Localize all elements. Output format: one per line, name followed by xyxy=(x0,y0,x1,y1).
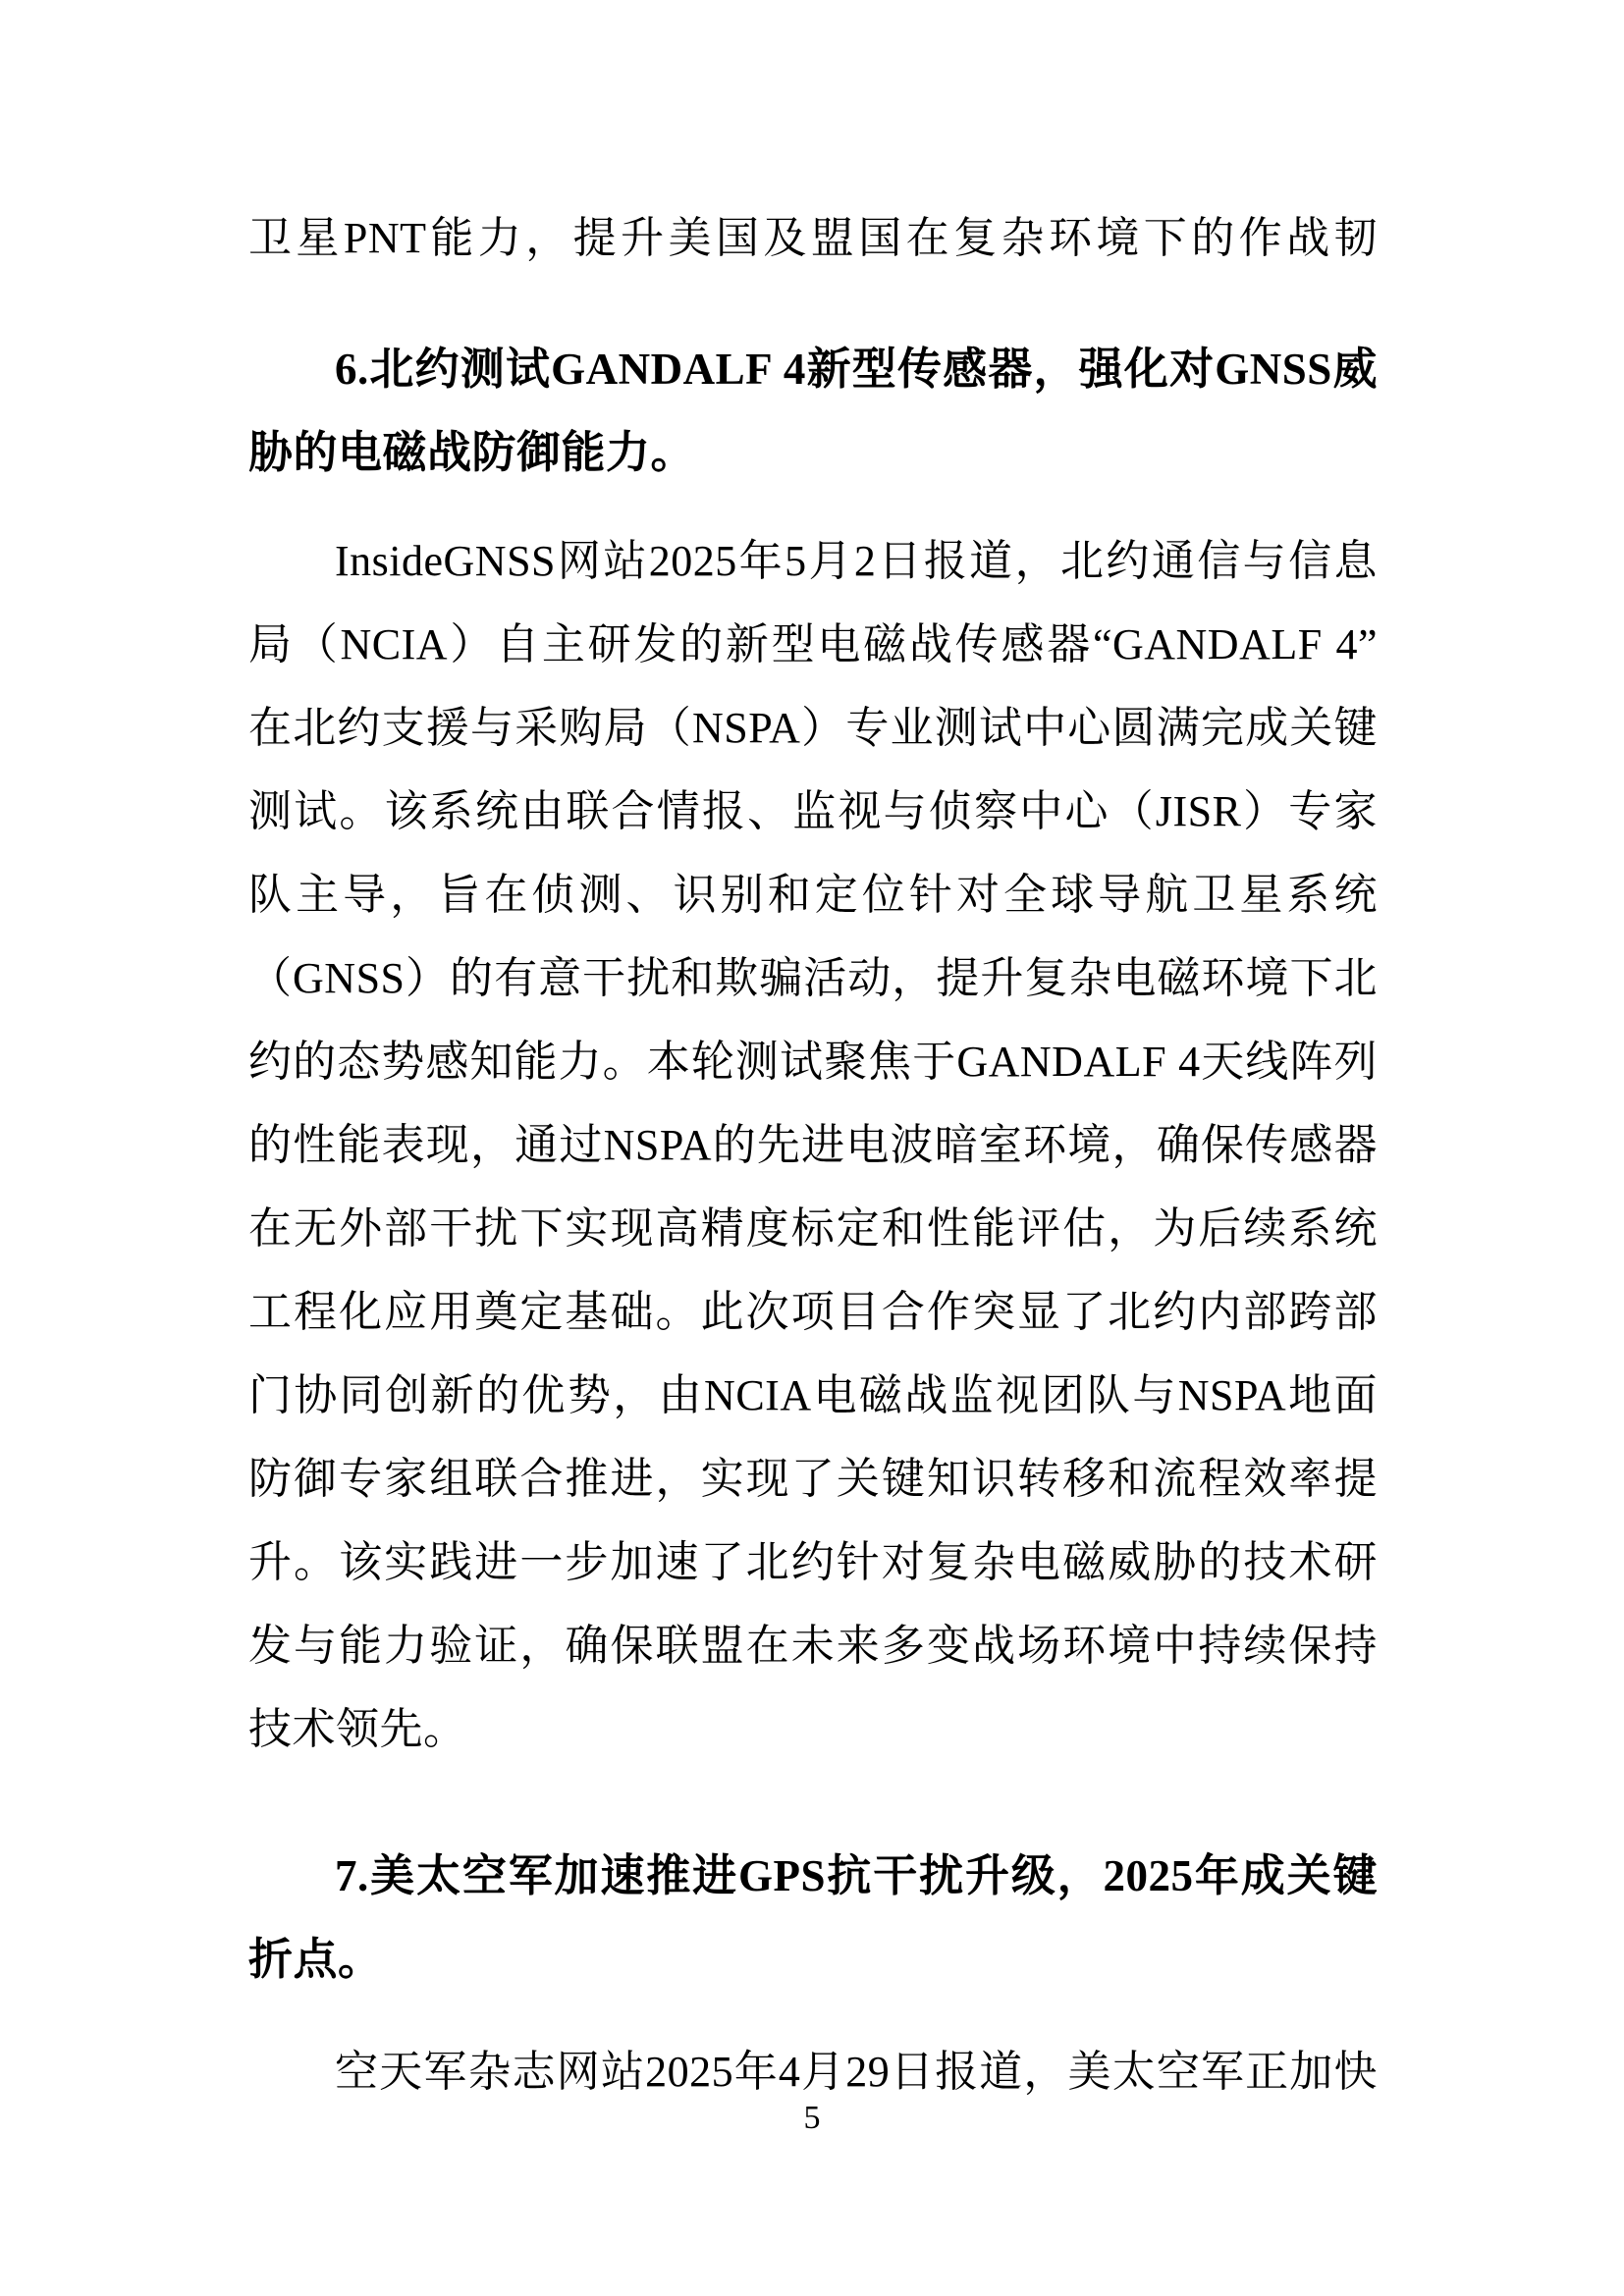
body-line: 升。该实践进一步加速了北约针对复杂电磁威胁的技术研 xyxy=(248,1521,1378,1604)
body-line: 的性能表现，通过NSPA的先进电波暗室环境，确保传感器 xyxy=(248,1103,1378,1187)
body-line: 测试。该系统由联合情报、监视与侦察中心（JISR）专家团 xyxy=(248,770,1378,853)
section-7-heading: 7.美太空军加速推进GPS抗干扰升级，2025年成关键转 折点。 xyxy=(248,1835,1378,2002)
paragraph-continuation: 卫星PNT能力，提升美国及盟国在复杂环境下的作战韧性。 xyxy=(248,196,1378,280)
text-column: 卫星PNT能力，提升美国及盟国在复杂环境下的作战韧性。 6.北约测试GANDAL… xyxy=(248,196,1378,2113)
document-page: 卫星PNT能力，提升美国及盟国在复杂环境下的作战韧性。 6.北约测试GANDAL… xyxy=(0,0,1624,2296)
section-6-paragraph: InsideGNSS网站2025年5月2日报道，北约通信与信息 局（NCIA）自… xyxy=(248,519,1378,1771)
section-6-heading-line: 6.北约测试GANDALF 4新型传感器，强化对GNSS威 xyxy=(248,328,1378,411)
body-line: 防御专家组联合推进，实现了关键知识转移和流程效率提 xyxy=(248,1437,1378,1521)
section-7-heading-line: 7.美太空军加速推进GPS抗干扰升级，2025年成关键转 xyxy=(248,1835,1378,1918)
body-line: （GNSS）的有意干扰和欺骗活动，提升复杂电磁环境下北 xyxy=(248,936,1378,1020)
body-line: InsideGNSS网站2025年5月2日报道，北约通信与信息 xyxy=(248,519,1378,603)
body-line: 卫星PNT能力，提升美国及盟国在复杂环境下的作战韧性。 xyxy=(248,196,1378,280)
page-number: 5 xyxy=(0,2094,1624,2143)
section-7-heading-line: 折点。 xyxy=(248,1918,1378,2002)
body-line: 局（NCIA）自主研发的新型电磁战传感器“GANDALF 4” xyxy=(248,603,1378,686)
body-line: 队主导，旨在侦测、识别和定位针对全球导航卫星系统 xyxy=(248,853,1378,936)
body-line: 技术领先。 xyxy=(248,1687,1378,1771)
body-line: 门协同创新的优势，由NCIA电磁战监视团队与NSPA地面 xyxy=(248,1354,1378,1437)
section-6-heading-line: 胁的电磁战防御能力。 xyxy=(248,411,1378,495)
body-line: 约的态势感知能力。本轮测试聚焦于GANDALF 4天线阵列 xyxy=(248,1020,1378,1103)
section-6-heading: 6.北约测试GANDALF 4新型传感器，强化对GNSS威 胁的电磁战防御能力。 xyxy=(248,328,1378,495)
body-line: 工程化应用奠定基础。此次项目合作突显了北约内部跨部 xyxy=(248,1270,1378,1354)
body-line: 在北约支援与采购局（NSPA）专业测试中心圆满完成关键 xyxy=(248,686,1378,770)
body-line: 发与能力验证，确保联盟在未来多变战场环境中持续保持 xyxy=(248,1604,1378,1687)
body-line: 在无外部干扰下实现高精度标定和性能评估，为后续系统 xyxy=(248,1187,1378,1270)
